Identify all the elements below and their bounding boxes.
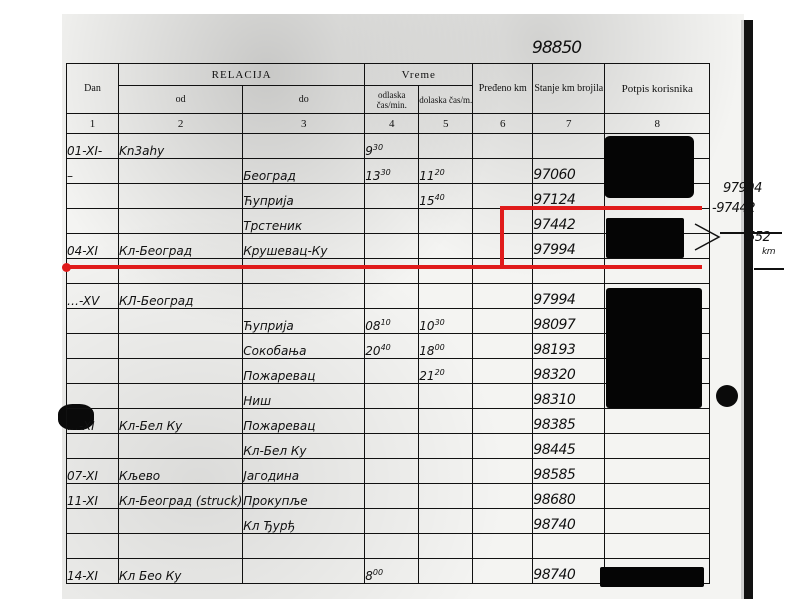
cell-od: Кл-Бел Ку [119,409,243,434]
cell-predjeno [473,559,533,584]
cell-do-text: Јагодина [243,469,299,483]
cell-odlaska-text: 08 [365,319,380,333]
cell-predjeno [473,409,533,434]
cell-do: Ћуприја [243,309,365,334]
cell-do-text: Трстеник [243,219,302,233]
cell-do [243,559,365,584]
cell-do [243,534,365,559]
cell-do [243,134,365,159]
header-odlaska: odlaska čas/min. [365,86,419,114]
cell-dan: – [67,159,119,184]
col-number-5: 5 [419,114,473,134]
col-number-2: 2 [119,114,243,134]
table-row: 11-XIКл-Београд (struck)Прокупље98680 [67,484,710,509]
cell-od-text: Кл-Бел Ку [119,419,182,433]
cell-od-text: Kn3ahy [119,144,164,158]
cell-stanje: 98680 [533,484,605,509]
cell-od-text: КЛ-Београд [119,294,193,308]
cell-odlaska [365,534,419,559]
cell-dolaska [419,134,473,159]
cell-do [243,259,365,284]
cell-dolaska-text: 10 [419,319,434,333]
cell-stanje: 97442 [533,209,605,234]
cell-odlaska-text: 13 [365,169,380,183]
cell-odlaska [365,184,419,209]
cell-dolaska-minutes: 30 [435,318,445,327]
cell-od [119,159,243,184]
cell-stanje [533,134,605,159]
cell-do-text: Ћуприја [243,194,293,208]
cell-dolaska: 2120 [419,359,473,384]
cell-dolaska [419,484,473,509]
cell-dan [67,509,119,534]
header-relacija: RELACIJA [119,64,365,86]
cell-dolaska-text: 18 [419,344,434,358]
cell-dan [67,334,119,359]
cell-dolaska [419,234,473,259]
cell-do-text: Пожаревац [243,369,315,383]
cell-predjeno [473,134,533,159]
cell-dan [67,209,119,234]
margin-calc-result: 552 [747,230,770,245]
cell-stanje-text: 98310 [533,392,575,408]
cell-stanje: 98585 [533,459,605,484]
cell-do-text: Кл-Бел Ку [243,444,306,458]
col-number-6: 6 [473,114,533,134]
cell-odlaska [365,409,419,434]
cell-stanje-text: 98445 [533,442,575,458]
cell-dan-text: – [67,169,73,183]
redacted-signature [600,567,704,587]
cell-predjeno [473,334,533,359]
cell-odlaska [365,259,419,284]
margin-calc-unit: km [762,247,775,257]
cell-dolaska-text: 21 [419,369,434,383]
cell-dan [67,384,119,409]
cell-dolaska [419,559,473,584]
cell-dan [67,309,119,334]
cell-dan: 04-XI [67,234,119,259]
cell-do: Бeoгpaд [243,159,365,184]
cell-dan-text: 04-XI [67,244,98,258]
cell-od [119,434,243,459]
red-box-left [500,206,504,268]
cell-potpis [605,434,710,459]
cell-predjeno [473,459,533,484]
cell-do-text: Сокобања [243,344,306,358]
cell-stanje-text: 98385 [533,417,575,433]
cell-dan-text: 11-XI [67,494,98,508]
cell-dolaska-text: 11 [419,169,434,183]
cell-dolaska [419,409,473,434]
cell-dolaska-minutes: 00 [435,343,445,352]
cell-dolaska [419,534,473,559]
cell-predjeno [473,159,533,184]
cell-od-text: Кл-Београд (struck) [119,494,242,508]
cell-dolaska [419,259,473,284]
cell-predjeno [473,534,533,559]
cell-od [119,509,243,534]
cell-odlaska-minutes: 30 [373,143,383,152]
cell-od-text: Кљево [119,469,160,483]
page-binding-edge [741,20,753,599]
cell-odlaska-minutes: 40 [381,343,391,352]
cell-odlaska [365,209,419,234]
cell-dan [67,259,119,284]
cell-stanje-text: 98585 [533,467,575,483]
cell-do: Сокобања [243,334,365,359]
table-row: Кл-Бел Ку98445 [67,434,710,459]
cell-odlaska: 800 [365,559,419,584]
cell-od [119,534,243,559]
cell-do: Кл-Бел Ку [243,434,365,459]
cell-dan: 01-XI- [67,134,119,159]
redacted-signature [606,288,702,408]
cell-dolaska-minutes: 20 [435,168,445,177]
cell-stanje: 98445 [533,434,605,459]
cell-predjeno [473,184,533,209]
cell-stanje: 98740 [533,559,605,584]
cell-do-text: Бeoгpaд [243,169,296,183]
cell-stanje: 98385 [533,409,605,434]
col-number-1: 1 [67,114,119,134]
cell-stanje: 98740 [533,509,605,534]
cell-do [243,284,365,309]
cell-do: Кл Ђурђ [243,509,365,534]
cell-do-text: Ћуприја [243,319,293,333]
cell-dolaska: 1800 [419,334,473,359]
col-number-4: 4 [365,114,419,134]
cell-stanje-text: 97994 [533,242,575,258]
margin-calc-line2: -97442 [712,201,755,216]
cell-dan-text: …-XV [67,294,99,308]
margin-calc-underline [754,268,784,270]
cell-odlaska [365,509,419,534]
cell-dan [67,359,119,384]
cell-od: Кљево [119,459,243,484]
cell-dan [67,434,119,459]
cell-stanje: 97060 [533,159,605,184]
cell-dan: 14-XI [67,559,119,584]
cell-odlaska [365,384,419,409]
cell-dolaska-minutes: 40 [435,193,445,202]
cell-do: Пожаревац [243,409,365,434]
cell-odlaska [365,434,419,459]
cell-od: Kn3ahy [119,134,243,159]
cell-do: Јагодина [243,459,365,484]
cell-dolaska: 1030 [419,309,473,334]
punch-hole [716,385,738,407]
cell-predjeno [473,384,533,409]
cell-od [119,209,243,234]
cell-dolaska: 1120 [419,159,473,184]
cell-odlaska [365,234,419,259]
cell-stanje-text: 98680 [533,492,575,508]
cell-do-text: Ниш [243,394,271,408]
cell-stanje-text: 98320 [533,367,575,383]
cell-od: Кл Бео Ку [119,559,243,584]
cell-od: Кл-Београд (struck) [119,484,243,509]
cell-dan-text: …-XI [67,419,95,433]
bracket-arrow-icon [693,222,721,252]
cell-od [119,334,243,359]
cell-predjeno [473,359,533,384]
header-dolaska: dolaska čas/m. [419,86,473,114]
table-row [67,259,710,284]
cell-odlaska-minutes: 00 [373,568,383,577]
cell-do-text: Крушевац-Ку [243,244,327,258]
cell-stanje [533,534,605,559]
header-do: do [243,86,365,114]
cell-dan-text: 01-XI- [67,144,102,158]
cell-dan: …-XI [67,409,119,434]
cell-odlaska [365,484,419,509]
cell-dan [67,184,119,209]
cell-predjeno [473,284,533,309]
cell-odlaska [365,284,419,309]
cell-od [119,259,243,284]
cell-do-text: Прокупље [243,494,307,508]
cell-stanje [533,259,605,284]
cell-odlaska-minutes: 30 [381,168,391,177]
cell-odlaska-minutes: 10 [381,318,391,327]
cell-dolaska-minutes: 20 [435,368,445,377]
cell-do-text: Кл Ђурђ [243,519,295,533]
cell-stanje: 98310 [533,384,605,409]
red-box-top [500,206,702,210]
cell-predjeno [473,434,533,459]
redacted-signature [604,136,694,198]
table-row [67,534,710,559]
cell-dolaska [419,459,473,484]
cell-predjeno [473,484,533,509]
cell-stanje-text: 97442 [533,217,575,233]
col-number-8: 8 [605,114,710,134]
cell-odlaska: 930 [365,134,419,159]
cell-od [119,384,243,409]
cell-odlaska-text: 20 [365,344,380,358]
cell-potpis [605,409,710,434]
header-vreme: Vreme [365,64,473,86]
cell-od: КЛ-Београд [119,284,243,309]
cell-od-text: Кл Бео Ку [119,569,181,583]
col-number-3: 3 [243,114,365,134]
table-row: 07-XIКљевоЈагодина98585 [67,459,710,484]
table-row: …-XIКл-Бел КуПожаревац98385 [67,409,710,434]
cell-potpis [605,259,710,284]
header-dan: Dan [67,64,119,114]
cell-od: Кл-Београд [119,234,243,259]
cell-odlaska [365,359,419,384]
cell-stanje-text: 97060 [533,167,575,183]
margin-calc-line1: 97994 [723,181,762,196]
cell-potpis [605,534,710,559]
cell-dolaska [419,209,473,234]
cell-odlaska: 2040 [365,334,419,359]
cell-stanje: 97124 [533,184,605,209]
header-od: od [119,86,243,114]
header-predjeno-km: Pređeno km [473,64,533,114]
cell-stanje: 98097 [533,309,605,334]
cell-od [119,359,243,384]
cell-dan-text: 14-XI [67,569,98,583]
cell-odlaska-text: 8 [365,569,373,583]
cell-stanje: 97994 [533,284,605,309]
cell-dan-text: 07-XI [67,469,98,483]
cell-do: Крушевац-Ку [243,234,365,259]
cell-od [119,309,243,334]
cell-stanje-text: 98740 [533,517,575,533]
cell-stanje-text: 98193 [533,342,575,358]
cell-od [119,184,243,209]
cell-do: Ћуприја [243,184,365,209]
cell-potpis [605,509,710,534]
header-potpis: Potpis korisnika [605,64,710,114]
cell-dolaska [419,284,473,309]
cell-do: Пожаревац [243,359,365,384]
cell-stanje-text: 98097 [533,317,575,333]
cell-dan: …-XV [67,284,119,309]
redacted-signature [606,218,684,258]
cell-dan [67,534,119,559]
cell-do: Трстеник [243,209,365,234]
table-row: Кл Ђурђ98740 [67,509,710,534]
red-underline-annotation [66,265,702,269]
header-stanje-brojila: Stanje km brojila [533,64,605,114]
cell-odlaska [365,459,419,484]
cell-dolaska-text: 15 [419,194,434,208]
cell-dolaska [419,434,473,459]
cell-dolaska [419,509,473,534]
cell-odlaska: 1330 [365,159,419,184]
cell-odlaska-text: 9 [365,144,373,158]
cell-predjeno [473,309,533,334]
cell-od-text: Кл-Београд [119,244,192,258]
cell-stanje: 97994 [533,234,605,259]
cell-do: Прокупље [243,484,365,509]
cell-stanje-text: 97994 [533,292,575,308]
cell-predjeno [473,509,533,534]
cell-do: Ниш [243,384,365,409]
document-number: 98850 [532,38,581,58]
cell-do-text: Пожаревац [243,419,315,433]
cell-potpis [605,459,710,484]
cell-dolaska: 1540 [419,184,473,209]
cell-dan: 07-XI [67,459,119,484]
cell-stanje: 98320 [533,359,605,384]
cell-dolaska [419,384,473,409]
cell-stanje-text: 98740 [533,567,575,583]
col-number-7: 7 [533,114,605,134]
cell-odlaska: 0810 [365,309,419,334]
cell-potpis [605,484,710,509]
cell-dan: 11-XI [67,484,119,509]
cell-stanje: 98193 [533,334,605,359]
